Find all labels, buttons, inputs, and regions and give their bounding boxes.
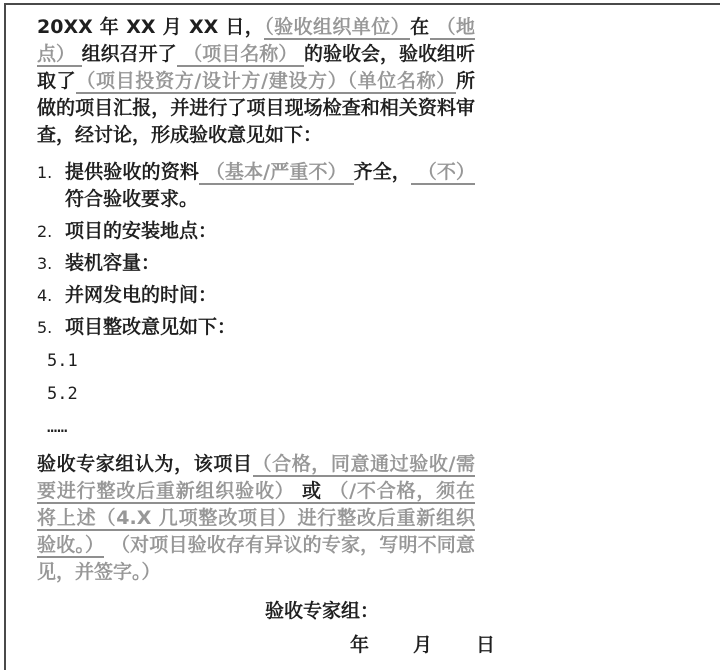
expert-group-signature-label: 验收专家组：	[37, 598, 475, 625]
sub-item: 5.1	[47, 348, 706, 375]
list-item: 5.项目整改意见如下：	[37, 314, 475, 341]
list-item-text: 项目整改意见如下：	[65, 314, 475, 341]
text-run: 符合验收要求。	[65, 188, 198, 210]
text-run: 装机容量：	[65, 252, 160, 274]
list-item: 4.并网发电的时间：	[37, 282, 475, 309]
closing-paragraph: 验收专家组认为，该项目（合格，同意通过验收/需要进行整改后重新组织验收） 或 （…	[37, 451, 475, 586]
list-item-text: 装机容量：	[65, 250, 475, 277]
acceptance-report-document: 20XX 年 XX 月 XX 日，（验收组织单位）在 （地点） 组织召开了 （项…	[6, 5, 706, 665]
text-run: 齐全，	[354, 161, 411, 183]
list-item: 1.提供验收的资料 （基本/严重不） 齐全， （不） 符合验收要求。	[37, 159, 475, 213]
list-item-number: 2.	[37, 218, 65, 245]
list-item-text: 并网发电的时间：	[65, 282, 475, 309]
sub-item-list: 5.15.2……	[47, 348, 706, 441]
text-run: 或	[295, 480, 330, 504]
blank-field: （项目名称）	[177, 43, 304, 67]
text-run: 验收专家组认为，该项目	[37, 453, 253, 475]
list-item-number: 1.	[37, 159, 65, 213]
sub-item: 5.2	[47, 381, 706, 408]
acceptance-list: 1.提供验收的资料 （基本/严重不） 齐全， （不） 符合验收要求。2.项目的安…	[37, 159, 475, 341]
sub-item: ……	[47, 414, 706, 441]
intro-paragraph: 20XX 年 XX 月 XX 日，（验收组织单位）在 （地点） 组织召开了 （项…	[37, 14, 475, 149]
list-item-text: 项目的安装地点：	[65, 218, 475, 245]
list-item-text: 提供验收的资料 （基本/严重不） 齐全， （不） 符合验收要求。	[65, 159, 475, 213]
list-item-number: 3.	[37, 250, 65, 277]
blank-field: （验收组织单位）	[264, 16, 410, 40]
blank-field: （不）	[411, 161, 475, 185]
text-run: 项目的安装地点：	[65, 220, 217, 242]
blank-field: （项目投资方/设计方/建设方）（单位名称）	[76, 70, 456, 94]
list-item: 3.装机容量：	[37, 250, 475, 277]
list-item-number: 4.	[37, 282, 65, 309]
text-run: 提供验收的资料	[65, 161, 199, 183]
list-item: 2.项目的安装地点：	[37, 218, 475, 245]
blank-field: （基本/严重不）	[199, 161, 354, 185]
list-item-number: 5.	[37, 314, 65, 341]
text-run: 项目整改意见如下：	[65, 316, 236, 338]
text-run: 在	[410, 16, 429, 38]
text-run: 组织召开了	[82, 43, 177, 65]
text-run: 20XX 年 XX 月 XX 日，	[37, 16, 264, 38]
text-run: 并网发电的时间：	[65, 284, 217, 306]
date-line: 年 月 日	[37, 632, 515, 659]
